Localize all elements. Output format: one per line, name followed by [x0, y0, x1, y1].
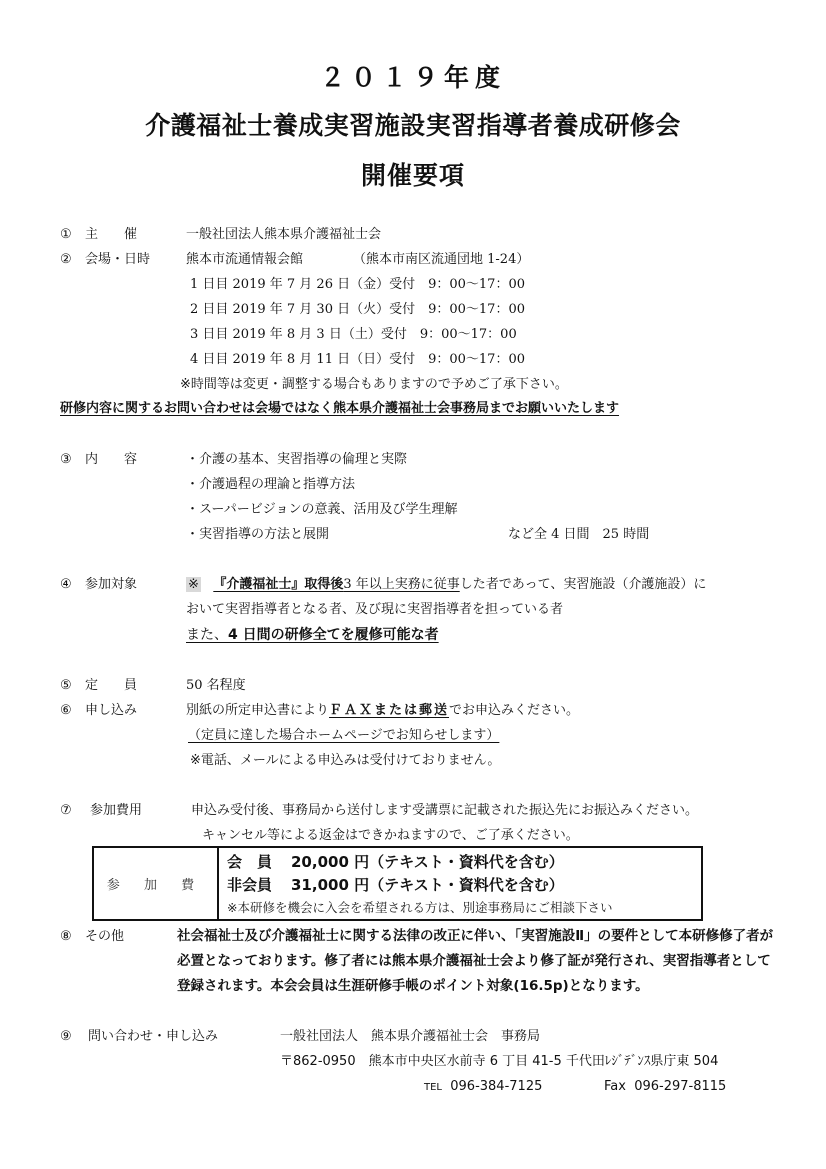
content-item: ・介護過程の理論と指導方法 — [186, 476, 355, 494]
fee-payment-note: 申込み受付後、事務局から送付します受講票に記載された振込先にお振込みください。 — [191, 802, 698, 820]
note-mark: ※ — [186, 577, 201, 592]
section-number-contact: ⑨ — [60, 1028, 72, 1046]
fee-row-member: 会 員20,000 円（テキスト・資料代を含む） — [227, 851, 612, 874]
application-method-suffix: でお申込みください。 — [449, 703, 579, 718]
application-method-prefix: 別紙の所定申込書により — [186, 703, 329, 718]
section-number-target: ④ — [60, 576, 72, 594]
fee-membership-note: ※本研修を機会に入会を希望される方は、別途事務局にご相談下さい — [227, 897, 612, 919]
schedule-day-1: 1 日目 2019 年 7 月 26 日（金）受付 9：00～17：00 — [190, 276, 525, 294]
fax-label: Fax — [604, 1079, 626, 1094]
section-number-other: ⑧ — [60, 928, 72, 946]
application-line-1: 別紙の所定申込書によりＦＡＸまたは郵送でお申込みください。 — [186, 702, 579, 720]
application-capacity-notice: （定員に達した場合ホームページでお知らせします） — [188, 727, 499, 745]
fee-type: 非会員 — [227, 874, 291, 897]
section-number-capacity: ⑤ — [60, 677, 72, 695]
fee-row-nonmember: 非会員31,000 円（テキスト・資料代を含む） — [227, 874, 612, 897]
fee-amount: 20,000 円（テキスト・資料代を含む） — [291, 853, 564, 871]
section-label-venue: 会場・日時 — [85, 251, 150, 269]
application-method: ＦＡＸまたは郵送 — [329, 703, 449, 718]
target-rest: した者であって、実習施設（介護施設）に — [460, 577, 707, 592]
section-label-contact: 問い合わせ・申し込み — [88, 1028, 218, 1046]
section-label-target: 参加対象 — [85, 576, 137, 594]
other-text: 社会福祉士及び介護福祉士に関する法律の改正に伴い、「実習施設Ⅱ」の要件として本研… — [177, 924, 777, 999]
document-subtitle: 開催要項 — [0, 156, 826, 192]
capacity-value: 50 名程度 — [186, 677, 246, 695]
contact-organization: 一般社団法人 熊本県介護福祉士会 事務局 — [280, 1028, 540, 1046]
schedule-day-3: 3 日目 2019 年 8 月 3 日（土）受付 9：00～17：00 — [190, 326, 517, 344]
fee-refund-note: キャンセル等による返金はできかねますので、ご了承ください。 — [202, 827, 579, 845]
section-label-other: その他 — [85, 928, 124, 946]
contact-phone: TEL 096-384-7125 — [424, 1078, 542, 1097]
venue-address: （熊本市南区流通団地 1-24） — [353, 251, 529, 269]
organizer-value: 一般社団法人熊本県介護福祉士会 — [186, 226, 381, 244]
tel-number: 096-384-7125 — [450, 1079, 542, 1094]
contact-address: 〒862-0950 熊本市中央区水前寺 6 丁目 41-5 千代田ﾚｼﾞﾃﾞﾝｽ… — [280, 1053, 718, 1071]
section-number-application: ⑥ — [60, 702, 72, 720]
inquiry-notice: 研修内容に関するお問い合わせは会場ではなく熊本県介護福祉士会事務局までお願いいた… — [60, 400, 619, 418]
section-label-content: 内 容 — [85, 451, 137, 469]
section-label-capacity: 定 員 — [85, 677, 137, 695]
content-total-hours: など全 4 日間 25 時間 — [508, 526, 649, 544]
section-number-organizer: ① — [60, 226, 72, 244]
section-number-venue: ② — [60, 251, 72, 269]
tel-label: TEL — [424, 1082, 442, 1093]
venue-name: 熊本市流通情報会館 — [186, 251, 303, 269]
target-line-2: おいて実習指導者となる者、及び現に実習指導者を担っている者 — [186, 601, 563, 619]
document-year: ２０１９年度 — [0, 58, 826, 94]
fax-number: 096-297-8115 — [634, 1079, 726, 1094]
section-number-fee: ⑦ — [60, 802, 72, 820]
target-qualification: 『介護福祉士』取得後 — [213, 577, 343, 592]
fee-table: 参 加 費 会 員20,000 円（テキスト・資料代を含む） 非会員31,000… — [92, 846, 703, 921]
content-item: ・実習指導の方法と展開 — [186, 526, 329, 544]
section-number-content: ③ — [60, 451, 72, 469]
schedule-day-4: 4 日目 2019 年 8 月 11 日（日）受付 9：00～17：00 — [190, 351, 525, 369]
fee-amount: 31,000 円（テキスト・資料代を含む） — [291, 876, 564, 894]
target-also: また、 — [186, 627, 228, 643]
fee-table-rows: 会 員20,000 円（テキスト・資料代を含む） 非会員31,000 円（テキス… — [227, 851, 612, 919]
section-label-organizer: 主 催 — [85, 226, 137, 244]
section-label-application: 申し込み — [85, 702, 137, 720]
target-line-3: また、4 日間の研修全てを履修可能な者 — [186, 626, 439, 644]
content-item: ・スーパービジョンの意義、活用及び学生理解 — [186, 501, 457, 519]
schedule-note: ※時間等は変更・調整する場合もありますので予めご了承下さい。 — [180, 376, 568, 394]
target-line-1: ※ 『介護福祉士』取得後3 年以上実務に従事した者であって、実習施設（介護施設）… — [186, 576, 706, 594]
schedule-day-2: 2 日目 2019 年 7 月 30 日（火）受付 9：00～17：00 — [190, 301, 525, 319]
contact-fax: Fax 096-297-8115 — [604, 1078, 726, 1096]
target-experience: 3 年以上実務に従事 — [343, 577, 459, 592]
fee-type: 会 員 — [227, 851, 291, 874]
section-label-fee: 参加費用 — [90, 802, 142, 820]
document-title: 介護福祉士養成実習施設実習指導者養成研修会 — [0, 106, 826, 142]
target-full-attendance: 4 日間の研修全てを履修可能な者 — [228, 627, 439, 643]
application-phone-notice: ※電話、メールによる申込みは受付けておりません。 — [190, 752, 500, 770]
content-item: ・介護の基本、実習指導の倫理と実際 — [186, 451, 407, 469]
fee-table-label: 参 加 費 — [94, 848, 219, 919]
